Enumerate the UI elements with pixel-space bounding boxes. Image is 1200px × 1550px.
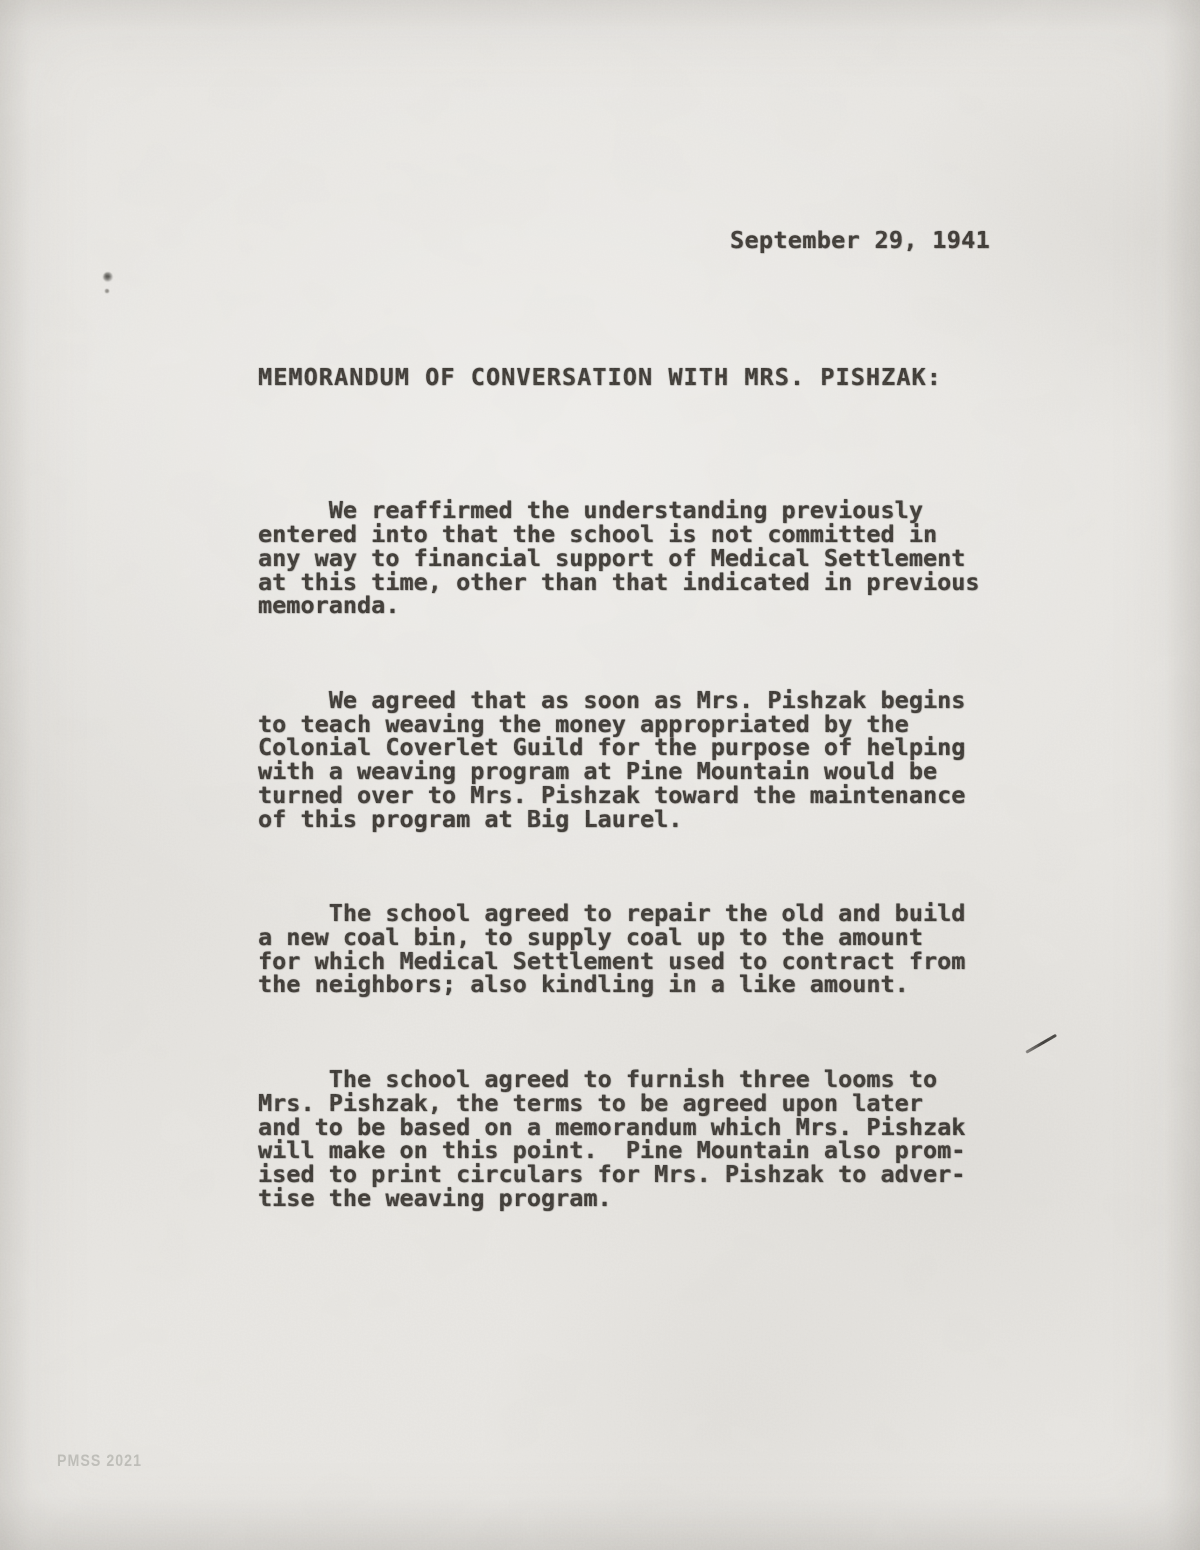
pen-mark	[1025, 1034, 1057, 1054]
ink-speck-small	[105, 289, 109, 293]
memo-paragraph: We agreed that as soon as Mrs. Pishzak b…	[258, 689, 1003, 831]
memo-title: MEMORANDUM OF CONVERSATION WITH MRS. PIS…	[258, 366, 942, 390]
memo-body: We reaffirmed the understanding previous…	[258, 452, 1003, 1282]
memo-date: September 29, 1941	[730, 229, 990, 253]
ink-speck	[103, 272, 113, 282]
memo-paragraph: The school agreed to furnish three looms…	[258, 1068, 1003, 1210]
document-page: September 29, 1941 MEMORANDUM OF CONVERS…	[0, 0, 1200, 1550]
memo-paragraph: We reaffirmed the understanding previous…	[258, 499, 1003, 618]
watermark: PMSS 2021	[57, 1452, 142, 1471]
memo-paragraph: The school agreed to repair the old and …	[258, 902, 1003, 997]
